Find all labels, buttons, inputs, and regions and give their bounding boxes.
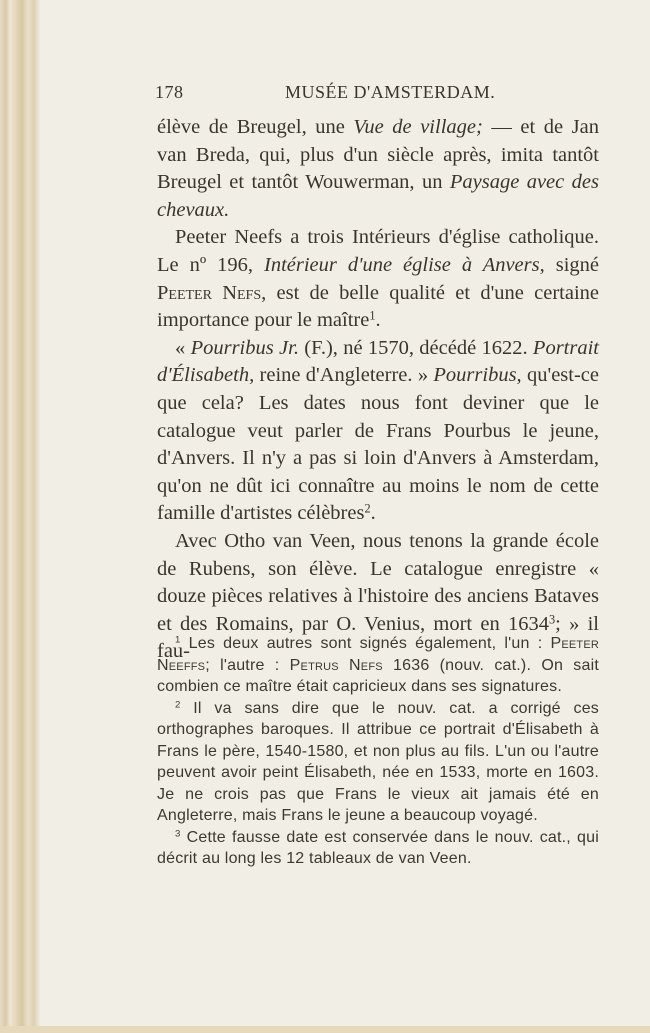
signature-smallcaps: Petrus Nefs — [290, 657, 383, 674]
text-run: « — [175, 337, 191, 359]
text-run: Les deux autres sont signés également, l… — [181, 635, 551, 652]
text-run: Il va sans dire que le nouv. cat. a corr… — [157, 700, 599, 825]
paragraph-1: élève de Breugel, une Vue de village; — … — [157, 114, 599, 224]
paragraph-2: Peeter Neefs a trois Intérieurs d'église… — [157, 224, 599, 334]
page-bottom-edge — [0, 1026, 650, 1033]
text-run: élève de Breugel, une — [157, 116, 353, 138]
footnotes: 1 Les deux autres sont signés également,… — [157, 633, 599, 870]
italic-title: Vue de village; — [353, 116, 482, 138]
text-run: Avec Otho van Veen, nous tenons la grand… — [157, 530, 599, 635]
footnote-2: 2 Il va sans dire que le nouv. cat. a co… — [157, 698, 599, 827]
italic-title: Intérieur d'une église à Anvers, — [264, 254, 545, 276]
footnote-3: 3 Cette fausse date est conservée dans l… — [157, 827, 599, 870]
text-run: Cette fausse date est conservée dans le … — [157, 829, 599, 868]
signature-smallcaps: Peeter Nefs — [157, 282, 261, 304]
page-number: 178 — [155, 82, 184, 103]
text-run: reine d'Angleterre. » — [254, 364, 433, 386]
italic-name: Pourribus Jr. — [191, 337, 299, 359]
text-run: . — [371, 502, 376, 524]
text-run: . — [375, 309, 380, 331]
book-page-edges — [0, 0, 40, 1033]
running-head: MUSÉE D'AMSTERDAM. — [285, 82, 495, 103]
text-run: (F.), né 1570, décédé 1622. — [299, 337, 533, 359]
italic-name: Pourribus, — [433, 364, 521, 386]
footnote-1: 1 Les deux autres sont signés également,… — [157, 633, 599, 698]
text-run: signé — [545, 254, 599, 276]
text-run: ; l'autre : — [205, 657, 289, 674]
page-header: 178 MUSÉE D'AMSTERDAM. — [155, 82, 600, 106]
paragraph-3: « Pourribus Jr. (F.), né 1570, décédé 16… — [157, 335, 599, 528]
text-run: qu'est-ce que cela? Les dates nous font … — [157, 364, 599, 524]
main-text: élève de Breugel, une Vue de village; — … — [157, 114, 599, 666]
